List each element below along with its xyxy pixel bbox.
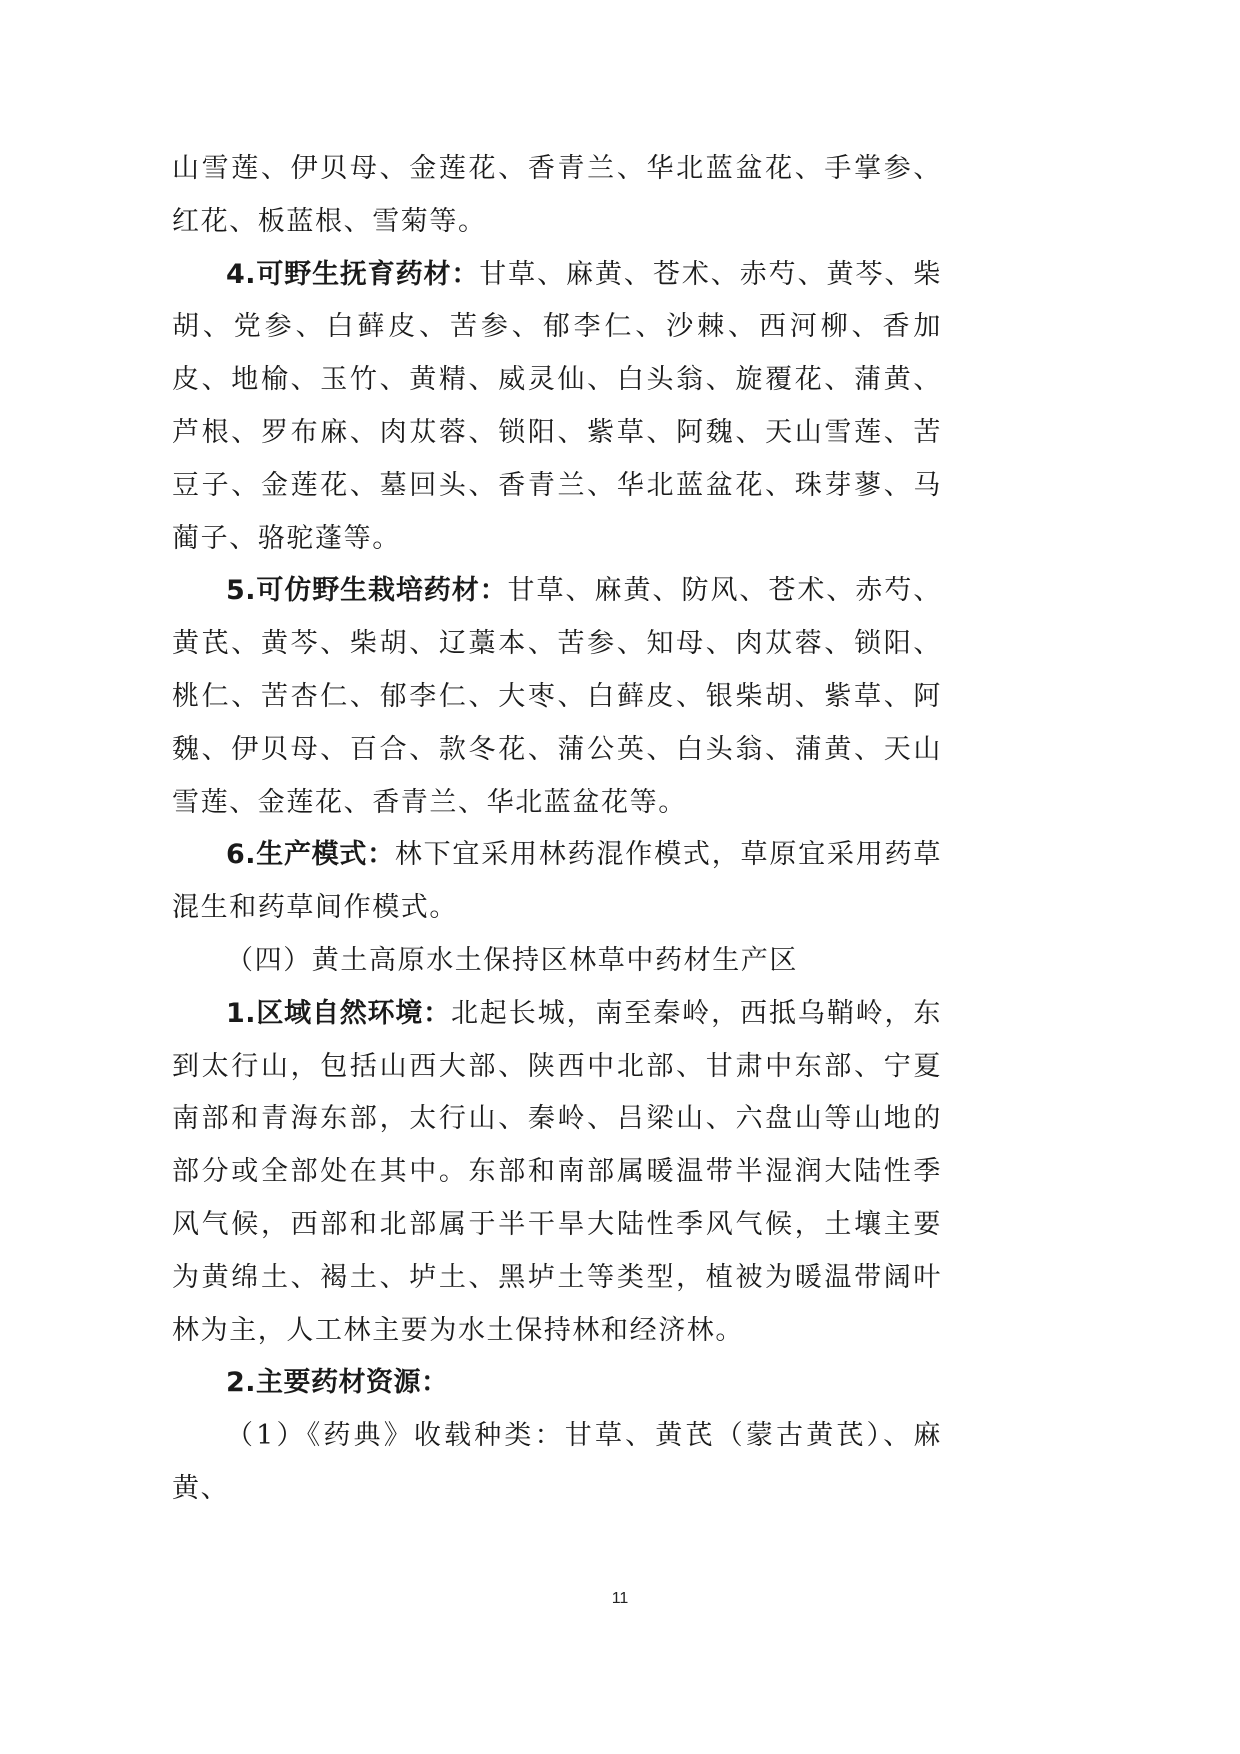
paragraph-imitation-wild-herbs: 5.可仿野生栽培药材：甘草、麻黄、防风、苍术、赤芍、黄芪、黄芩、柴胡、辽藁本、苦…	[172, 565, 942, 829]
paragraph-text: 甘草、麻黄、苍术、赤芍、黄芩、柴胡、党参、白藓皮、苦参、郁李仁、沙棘、西河柳、香…	[172, 259, 942, 554]
paragraph-label: 4.可野生抚育药材：	[226, 259, 479, 290]
section-heading: （四）黄土高原水土保持区林草中药材生产区	[172, 935, 942, 988]
section-heading-text: （四）黄土高原水土保持区林草中药材生产区	[226, 945, 798, 976]
paragraph-label: 5.可仿野生栽培药材：	[226, 575, 507, 606]
paragraph-pharmacopoeia-species: （1）《药典》收载种类：甘草、黄芪（蒙古黄芪）、麻黄、	[172, 1410, 942, 1516]
paragraph-text: 山雪莲、伊贝母、金莲花、香青兰、华北蓝盆花、手掌参、红花、板蓝根、雪菊等。	[172, 153, 942, 237]
paragraph-main-resources: 2.主要药材资源：	[172, 1357, 942, 1410]
paragraph-label: 1.区域自然环境：	[226, 998, 451, 1029]
paragraph-label: 6.生产模式：	[226, 839, 395, 870]
paragraph-text: 北起长城，南至秦岭，西抵乌鞘岭，东到太行山，包括山西大部、陕西中北部、甘肃中东部…	[172, 998, 942, 1346]
page-number: 11	[0, 1590, 1240, 1608]
paragraph-continuation: 山雪莲、伊贝母、金莲花、香青兰、华北蓝盆花、手掌参、红花、板蓝根、雪菊等。	[172, 143, 942, 249]
paragraph-text: 甘草、麻黄、防风、苍术、赤芍、黄芪、黄芩、柴胡、辽藁本、苦参、知母、肉苁蓉、锁阳…	[172, 575, 942, 817]
paragraph-production-mode: 6.生产模式：林下宜采用林药混作模式，草原宜采用药草混生和药草间作模式。	[172, 829, 942, 935]
paragraph-regional-environment: 1.区域自然环境：北起长城，南至秦岭，西抵乌鞘岭，东到太行山，包括山西大部、陕西…	[172, 988, 942, 1358]
paragraph-text: （1）《药典》收载种类：甘草、黄芪（蒙古黄芪）、麻黄、	[172, 1420, 942, 1504]
paragraph-label: 2.主要药材资源：	[226, 1367, 449, 1398]
document-page: 山雪莲、伊贝母、金莲花、香青兰、华北蓝盆花、手掌参、红花、板蓝根、雪菊等。 4.…	[172, 143, 942, 1516]
paragraph-wild-tending-herbs: 4.可野生抚育药材：甘草、麻黄、苍术、赤芍、黄芩、柴胡、党参、白藓皮、苦参、郁李…	[172, 249, 942, 566]
